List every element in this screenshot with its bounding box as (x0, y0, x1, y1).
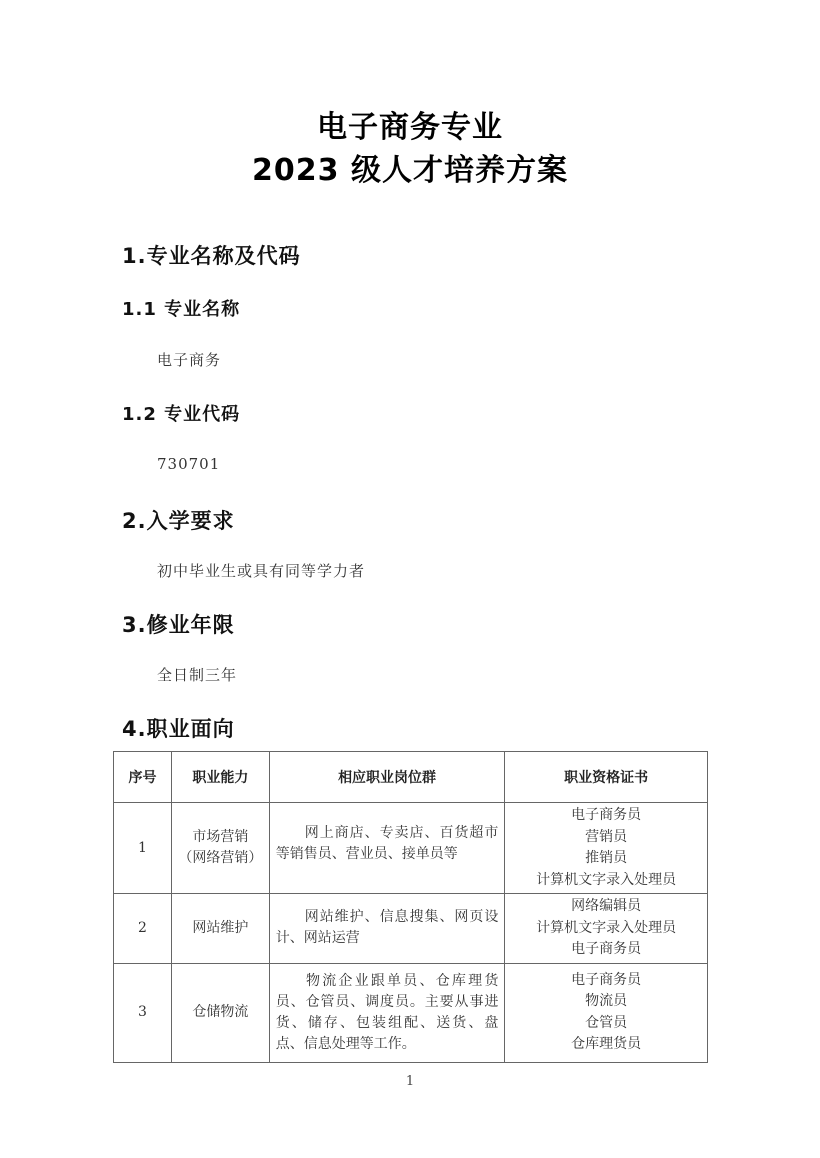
section-heading-1: 1.专业名称及代码 (122, 240, 301, 270)
posts-text: 网站维护、信息搜集、网页设计、网站运营 (276, 909, 499, 946)
section-heading-3: 3.修业年限 (122, 609, 235, 639)
section-heading-2: 2.入学要求 (122, 505, 235, 535)
career-orientation-table: 序号 职业能力 相应职业岗位群 职业资格证书 1 市场营销 （网络营销） 网上商… (113, 751, 708, 1063)
posts-text: 网上商店、专卖店、百货超市等销售员、营业员、接单员等 (276, 825, 499, 862)
table-row: 1 市场营销 （网络营销） 网上商店、专卖店、百货超市等销售员、营业员、接单员等… (114, 803, 708, 894)
table-header-row: 序号 职业能力 相应职业岗位群 职业资格证书 (114, 752, 708, 803)
major-code-text: 730701 (157, 455, 220, 473)
cell-no: 2 (114, 894, 172, 964)
cert-item: 推销员 (505, 848, 707, 870)
cert-item: 计算机文字录入处理员 (505, 870, 707, 892)
cert-item: 营销员 (505, 827, 707, 849)
ability-line: 仓储物流 (172, 1002, 269, 1023)
cert-item: 仓库理货员 (505, 1034, 707, 1056)
cert-item: 电子商务员 (505, 939, 707, 961)
document-title-line2: 2023 级人才培养方案 (0, 145, 820, 189)
cell-certs: 电子商务员 营销员 推销员 计算机文字录入处理员 (505, 803, 708, 894)
cell-posts: 网上商店、专卖店、百货超市等销售员、营业员、接单员等 (269, 803, 505, 894)
subsection-heading-1-2: 1.2 专业代码 (122, 400, 240, 426)
cert-item: 计算机文字录入处理员 (505, 918, 707, 940)
header-posts: 相应职业岗位群 (269, 752, 505, 803)
ability-line: （网络营销） (172, 848, 269, 869)
document-title-line1: 电子商务专业 (0, 102, 820, 146)
major-name-text: 电子商务 (157, 349, 221, 370)
cert-item: 仓管员 (505, 1013, 707, 1035)
cell-ability: 市场营销 （网络营销） (171, 803, 269, 894)
admission-requirement-text: 初中毕业生或具有同等学力者 (157, 560, 365, 581)
cert-item: 电子商务员 (505, 970, 707, 992)
cell-no: 1 (114, 803, 172, 894)
header-certs: 职业资格证书 (505, 752, 708, 803)
ability-line: 市场营销 (172, 827, 269, 848)
page-number: 1 (0, 1074, 820, 1089)
cert-item: 电子商务员 (505, 805, 707, 827)
subsection-heading-1-1: 1.1 专业名称 (122, 295, 240, 321)
table-row: 2 网站维护 网站维护、信息搜集、网页设计、网站运营 网络编辑员 计算机文字录入… (114, 894, 708, 964)
section-heading-4: 4.职业面向 (122, 713, 235, 743)
cell-posts: 网站维护、信息搜集、网页设计、网站运营 (269, 894, 505, 964)
header-ability: 职业能力 (171, 752, 269, 803)
study-duration-text: 全日制三年 (157, 664, 237, 685)
header-no: 序号 (114, 752, 172, 803)
cert-item: 网络编辑员 (505, 896, 707, 918)
cell-certs: 网络编辑员 计算机文字录入处理员 电子商务员 (505, 894, 708, 964)
ability-line: 网站维护 (172, 918, 269, 939)
cell-posts: 物流企业跟单员、仓库理货员、仓管员、调度员。主要从事进货、储存、包装组配、送货、… (269, 963, 505, 1062)
cell-no: 3 (114, 963, 172, 1062)
cert-item: 物流员 (505, 991, 707, 1013)
cell-ability: 网站维护 (171, 894, 269, 964)
posts-text: 物流企业跟单员、仓库理货员、仓管员、调度员。主要从事进货、储存、包装组配、送货、… (276, 973, 499, 1052)
cell-ability: 仓储物流 (171, 963, 269, 1062)
cell-certs: 电子商务员 物流员 仓管员 仓库理货员 (505, 963, 708, 1062)
table-row: 3 仓储物流 物流企业跟单员、仓库理货员、仓管员、调度员。主要从事进货、储存、包… (114, 963, 708, 1062)
